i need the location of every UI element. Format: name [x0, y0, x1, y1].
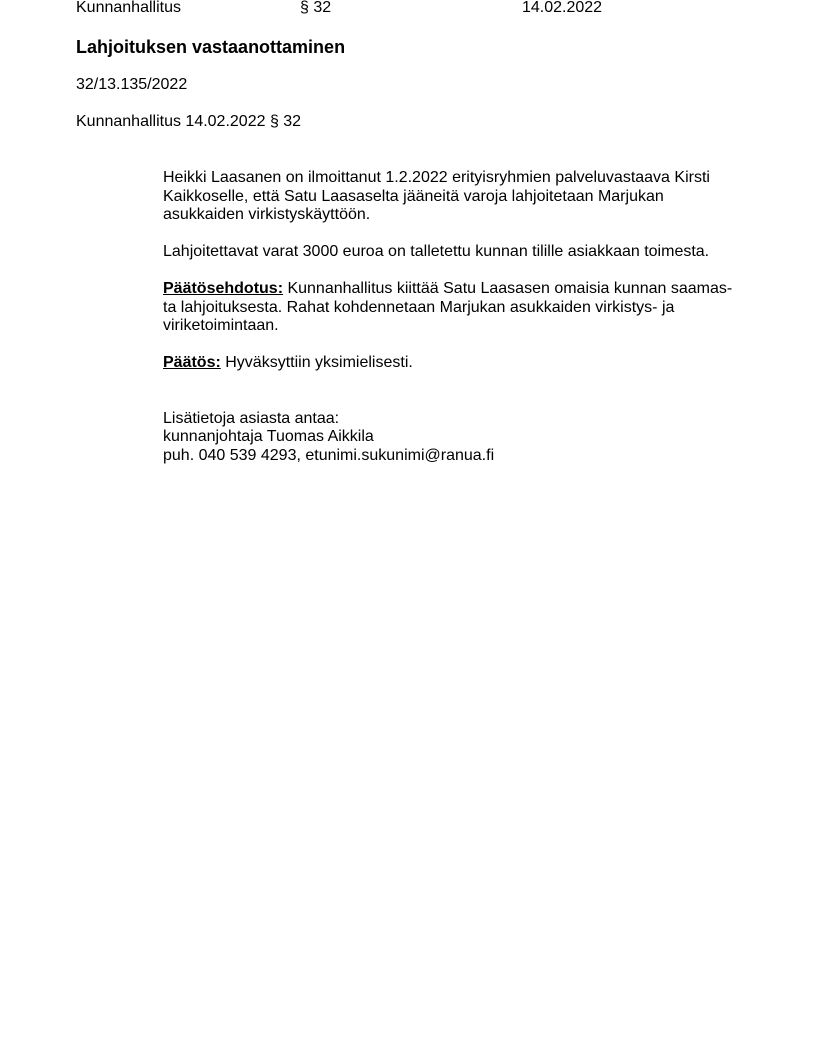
- contact-line: kunnanjohtaja Tuomas Aikkila: [163, 428, 743, 447]
- decision-body: Heikki Laasanen on ilmoittanut 1.2.2022 …: [163, 169, 743, 484]
- proposal-text: Kunnanhallitus kiittää Satu Laasasen oma…: [283, 280, 732, 297]
- header-meeting-date: 14.02.2022: [522, 0, 602, 17]
- proposal-label: Päätösehdotus:: [163, 280, 283, 297]
- intro-paragraph: Heikki Laasanen on ilmoittanut 1.2.2022 …: [163, 169, 743, 225]
- intro-line: Heikki Laasanen on ilmoittanut 1.2.2022 …: [163, 169, 743, 188]
- proposal-line-1: Päätösehdotus: Kunnanhallitus kiittää Sa…: [163, 280, 743, 299]
- proposal-line: ta lahjoituksesta. Rahat kohdennetaan Ma…: [163, 299, 743, 318]
- diary-number: 32/13.135/2022: [76, 76, 187, 94]
- meeting-reference: Kunnanhallitus 14.02.2022 § 32: [76, 113, 301, 131]
- header-body-name: Kunnanhallitus: [76, 0, 181, 17]
- funds-line: Lahjoitettavat varat 3000 euroa on talle…: [163, 243, 743, 262]
- intro-line: asukkaiden virkistyskäyttöön.: [163, 206, 743, 225]
- decision-line: Päätös: Hyväksyttiin yksimielisesti.: [163, 354, 743, 373]
- decision-label: Päätös:: [163, 354, 221, 371]
- contact-line: puh. 040 539 4293, etunimi.sukunimi@ranu…: [163, 447, 743, 466]
- header-section-number: § 32: [300, 0, 331, 17]
- proposal-paragraph: Päätösehdotus: Kunnanhallitus kiittää Sa…: [163, 280, 743, 336]
- page-title: Lahjoituksen vastaanottaminen: [76, 37, 345, 58]
- funds-paragraph: Lahjoitettavat varat 3000 euroa on talle…: [163, 243, 743, 262]
- decision-text: Hyväksyttiin yksimielisesti.: [221, 354, 413, 371]
- decision-paragraph: Päätös: Hyväksyttiin yksimielisesti.: [163, 354, 743, 373]
- contact-paragraph: Lisätietoja asiasta antaa: kunnanjohtaja…: [163, 410, 743, 466]
- contact-line: Lisätietoja asiasta antaa:: [163, 410, 743, 429]
- proposal-line: viriketoimintaan.: [163, 317, 743, 336]
- intro-line: Kaikkoselle, että Satu Laasaselta jäänei…: [163, 188, 743, 207]
